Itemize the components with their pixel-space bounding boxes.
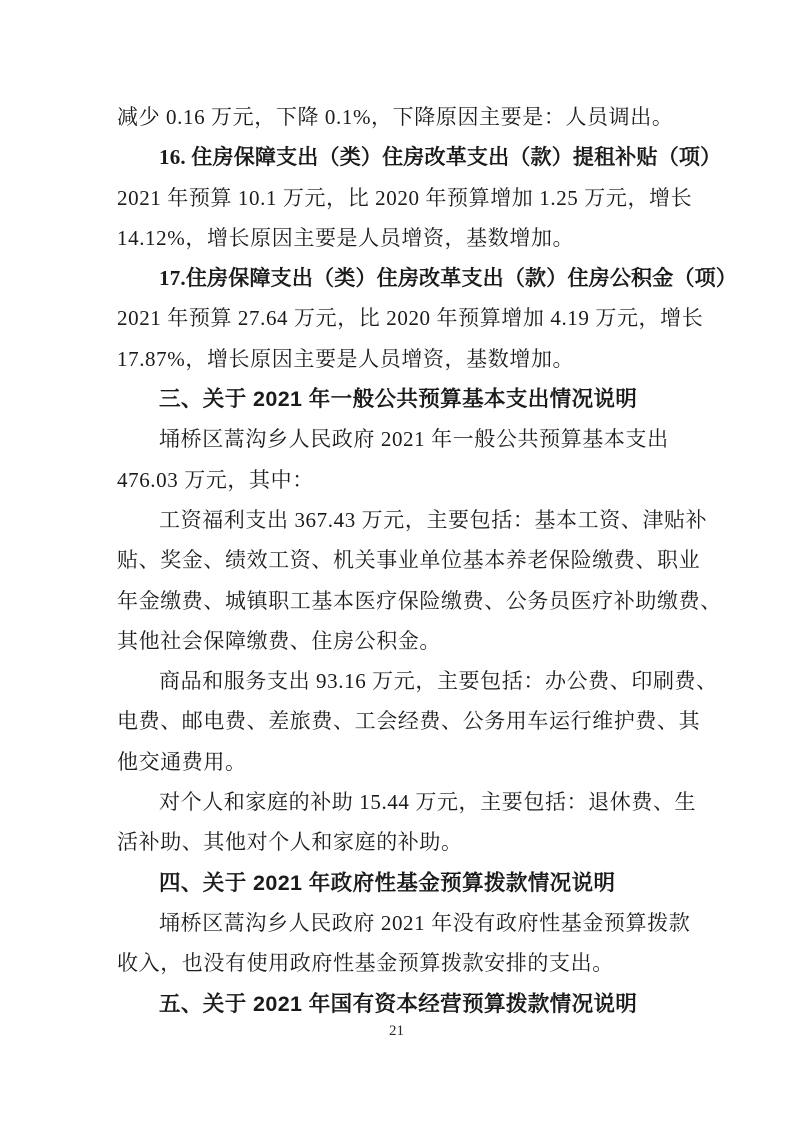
item-heading-line: 17.住房保障支出（类）住房改革支出（款）住房公积金（项） [117, 258, 713, 298]
text-line: 对个人和家庭的补助 15.44 万元，主要包括：退休费、生 [117, 782, 713, 822]
text-line: 他交通费用。 [117, 742, 713, 782]
text-line: 贴、奖金、绩效工资、机关事业单位基本养老保险缴费、职业 [117, 540, 713, 580]
page-footer: 21 [0, 1022, 793, 1040]
document-body: 减少 0.16 万元，下降 0.1%，下降原因主要是：人员调出。16. 住房保障… [117, 97, 713, 1024]
text-line: 商品和服务支出 93.16 万元，主要包括：办公费、印刷费、 [117, 661, 713, 701]
page-number: 21 [389, 1023, 404, 1039]
text-line: 收入，也没有使用政府性基金预算拨款安排的支出。 [117, 943, 713, 983]
item-heading-line: 16. 住房保障支出（类）住房改革支出（款）提租补贴（项） [117, 137, 713, 177]
section-heading-line: 三、关于 2021 年一般公共预算基本支出情况说明 [117, 379, 713, 419]
text-line: 工资福利支出 367.43 万元，主要包括：基本工资、津贴补 [117, 500, 713, 540]
text-line: 埇桥区蒿沟乡人民政府 2021 年一般公共预算基本支出 [117, 419, 713, 459]
text-line: 14.12%，增长原因主要是人员增资，基数增加。 [117, 218, 713, 258]
text-line: 2021 年预算 27.64 万元，比 2020 年预算增加 4.19 万元，增… [117, 298, 713, 338]
text-line: 其他社会保障缴费、住房公积金。 [117, 621, 713, 661]
text-line: 17.87%，增长原因主要是人员增资，基数增加。 [117, 339, 713, 379]
text-line: 减少 0.16 万元，下降 0.1%，下降原因主要是：人员调出。 [117, 97, 713, 137]
text-line: 2021 年预算 10.1 万元，比 2020 年预算增加 1.25 万元，增长 [117, 178, 713, 218]
text-line: 埇桥区蒿沟乡人民政府 2021 年没有政府性基金预算拨款 [117, 903, 713, 943]
text-line: 年金缴费、城镇职工基本医疗保险缴费、公务员医疗补助缴费、 [117, 581, 713, 621]
section-heading-line: 五、关于 2021 年国有资本经营预算拨款情况说明 [117, 984, 713, 1024]
text-line: 476.03 万元，其中： [117, 460, 713, 500]
text-line: 电费、邮电费、差旅费、工会经费、公务用车运行维护费、其 [117, 701, 713, 741]
text-line: 活补助、其他对个人和家庭的补助。 [117, 822, 713, 862]
document-page: 减少 0.16 万元，下降 0.1%，下降原因主要是：人员调出。16. 住房保障… [0, 0, 793, 1122]
section-heading-line: 四、关于 2021 年政府性基金预算拨款情况说明 [117, 863, 713, 903]
